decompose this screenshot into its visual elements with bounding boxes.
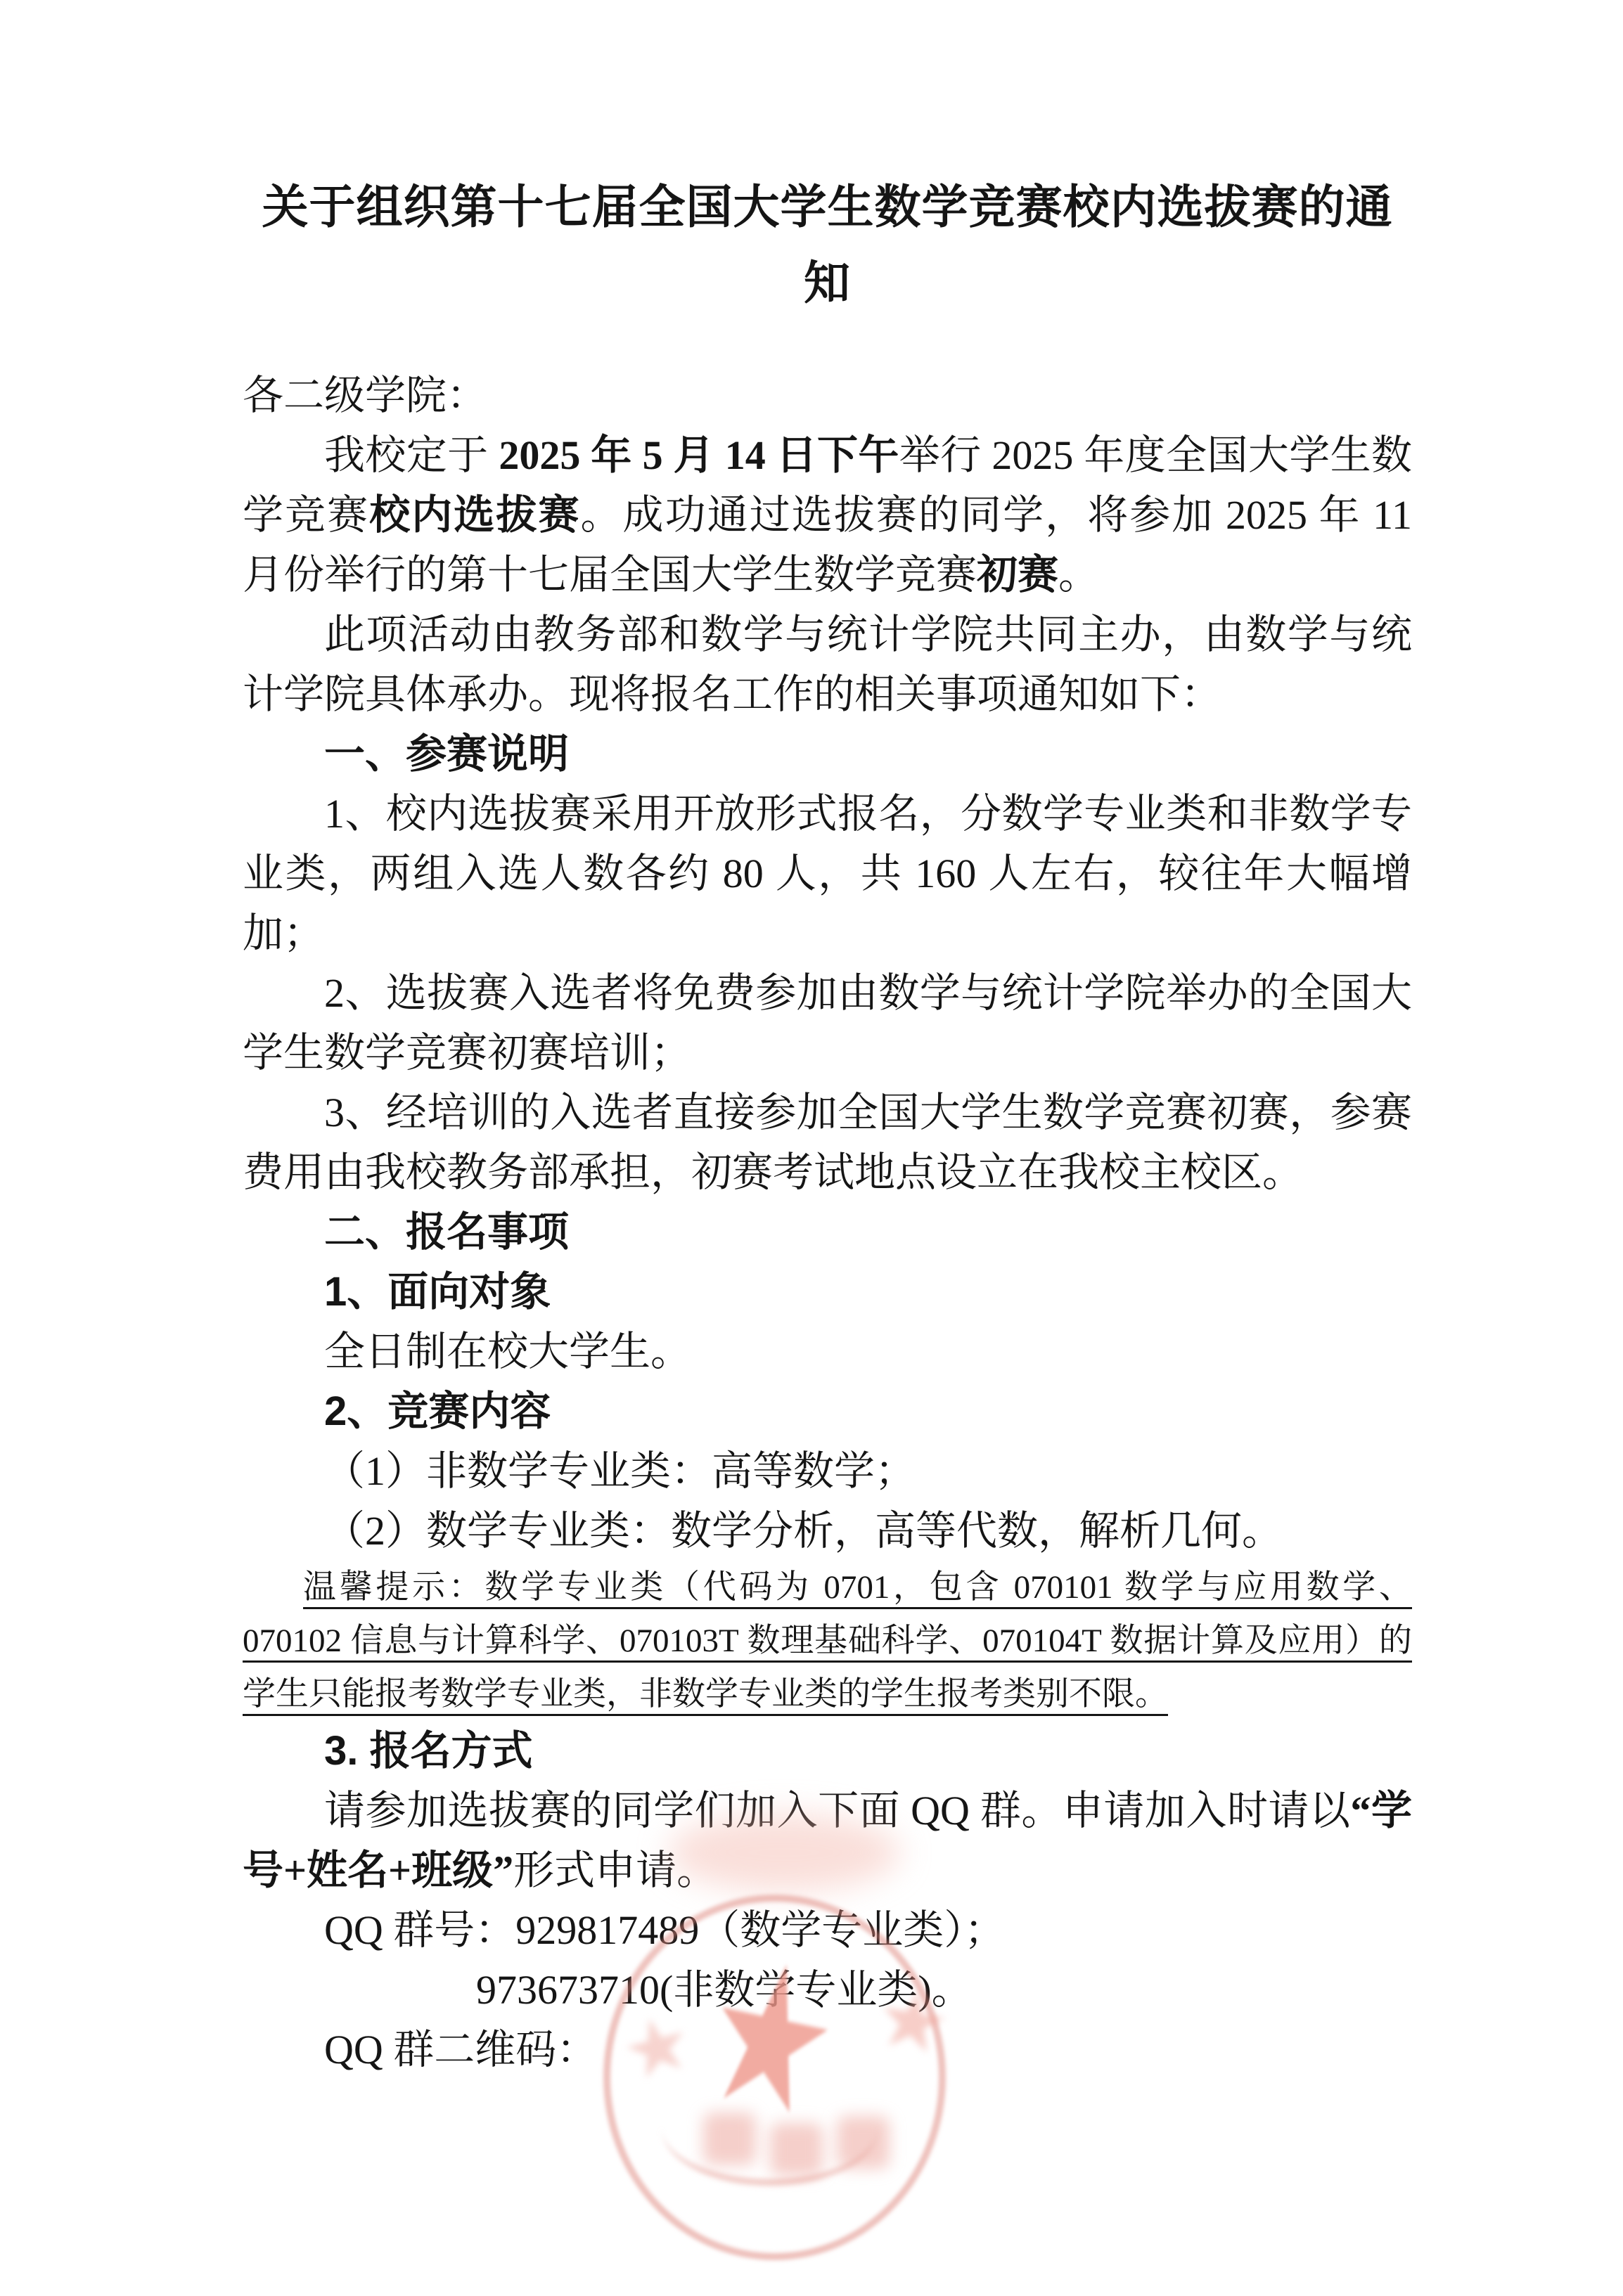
section2-heading: 二、报名事项: [243, 1202, 1412, 1262]
paragraph-intro: 我校定于 2025 年 5 月 14 日下午举行 2025 年度全国大学生数学竞…: [243, 425, 1412, 605]
section2-sub2-heading: 2、竞赛内容: [243, 1381, 1412, 1441]
section1-heading: 一、参赛说明: [243, 724, 1412, 784]
qq-group-line-2: 973673710(非数学专业类)。: [243, 1960, 1412, 2020]
qr-code-label: QQ 群二维码：: [243, 2020, 1412, 2079]
section2-sub1-body: 全日制在校大学生。: [243, 1322, 1412, 1381]
text-run-bold-selection: 校内选拔赛: [369, 492, 580, 538]
section1-item-2: 2、选拔赛入选者将免费参加由数学与统计学院举办的全国大学生数学竞赛初赛培训；: [243, 963, 1412, 1083]
text-run: 我校定于: [324, 432, 499, 478]
paragraph-organizer: 此项活动由教务部和数学与统计学院共同主办，由数学与统计学院具体承办。现将报名工作…: [243, 605, 1412, 724]
qq-group-line-1: QQ 群号：929817489（数学专业类）；: [243, 1900, 1412, 1960]
seal-faded-character: [703, 2113, 756, 2165]
text-run: 形式申请。: [513, 1847, 717, 1893]
section1-item-1: 1、校内选拔赛采用开放形式报名，分数学专业类和非数学专业类，两组入选人数各约 8…: [243, 784, 1412, 963]
section2-sub2-item-2: （2）数学专业类：数学分析，高等代数，解析几何。: [243, 1501, 1412, 1561]
seal-faded-character: [837, 2116, 890, 2169]
scanned-notice-page: 关于组织第十七届全国大学生数学竞赛校内选拔赛的通知 各二级学院： 我校定于 20…: [0, 0, 1623, 2296]
greeting-line: 各二级学院：: [243, 366, 1412, 425]
section2-sub3-heading: 3. 报名方式: [243, 1721, 1412, 1781]
seal-serial-arc: [661, 2067, 879, 2186]
text-run-bold-preliminary: 初赛: [977, 552, 1058, 598]
text-run: 。: [1058, 552, 1099, 598]
section2-sub2-item-1: （1）非数学专业类：高等数学；: [243, 1441, 1412, 1501]
page-title: 关于组织第十七届全国大学生数学竞赛校内选拔赛的通知: [243, 0, 1412, 322]
seal-faded-character: [770, 2123, 823, 2176]
text-run: 请参加选拔赛的同学们加入下面 QQ 群。申请加入时请以: [324, 1788, 1350, 1833]
tip-note-underlined: 温馨提示：数学专业类（代码为 0701，包含 070101 数学与应用数学、07…: [243, 1561, 1412, 1721]
section1-item-3: 3、经培训的入选者直接参加全国大学生数学竞赛初赛，参赛费用由我校教务部承担，初赛…: [243, 1083, 1412, 1202]
section2-sub1-heading: 1、面向对象: [243, 1262, 1412, 1322]
paragraph-registration: 请参加选拔赛的同学们加入下面 QQ 群。申请加入时请以“学号+姓名+班级”形式申…: [243, 1781, 1412, 1900]
text-run-bold-date: 2025 年 5 月 14 日下午: [499, 432, 899, 478]
notice-body: 关于组织第十七届全国大学生数学竞赛校内选拔赛的通知 各二级学院： 我校定于 20…: [243, 0, 1412, 2079]
